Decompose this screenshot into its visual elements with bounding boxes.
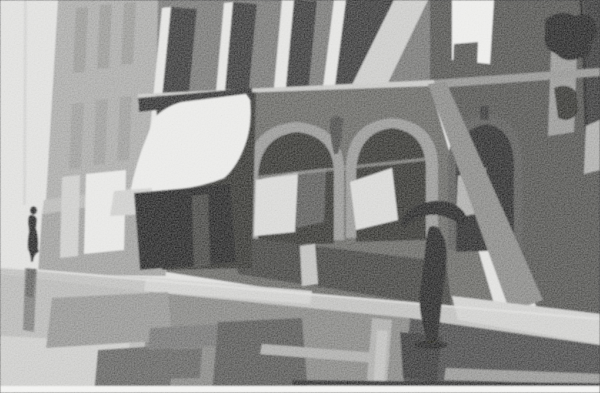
painting-canvas (0, 0, 600, 393)
film-grain-overlay (0, 0, 600, 393)
street-scene-painting (0, 0, 600, 393)
